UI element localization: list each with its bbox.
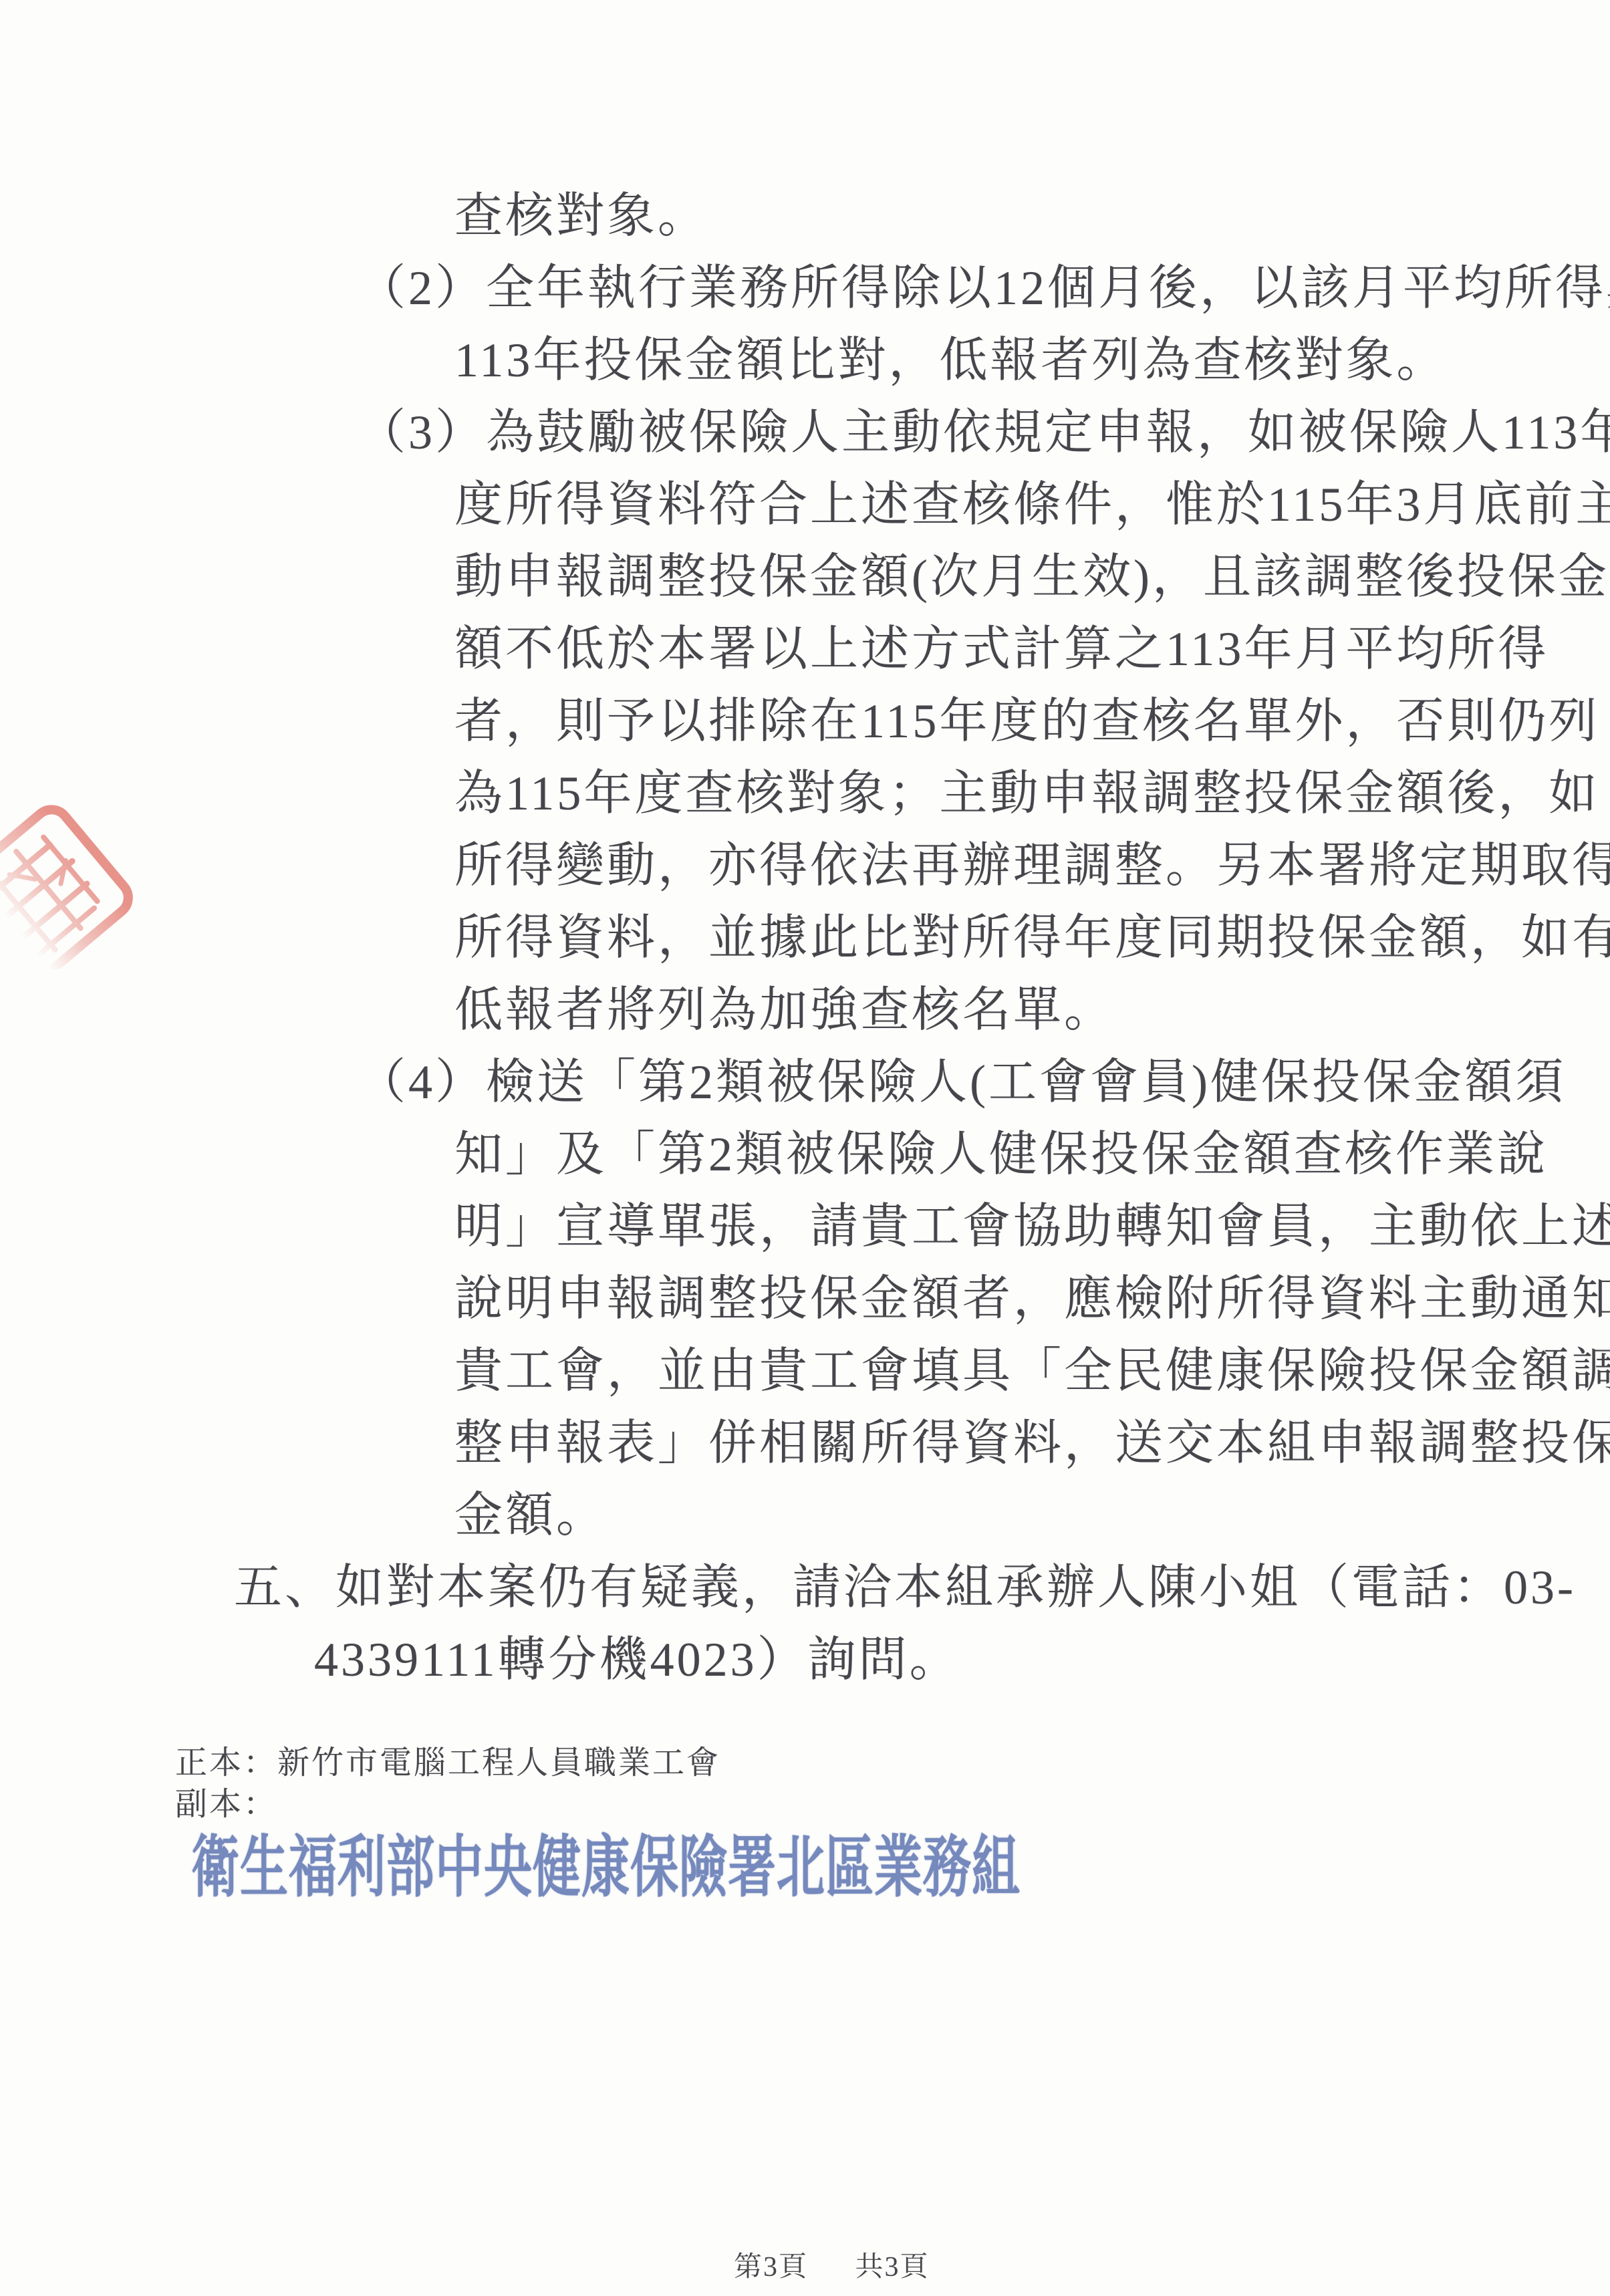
distribution-original-line: 正本：新竹市電腦工程人員職業工會 <box>175 1737 720 1783</box>
page-number: 第3頁 <box>734 2252 808 2283</box>
text-line: 貴工會，並由貴工會填具「全民健康保險投保金額調 <box>454 1347 1610 1395</box>
text-line: （2）全年執行業務所得除以12個月後，以該月平均所得與 <box>358 264 1610 312</box>
text-line: （3）為鼓勵被保險人主動依規定申報，如被保險人113年 <box>358 408 1610 457</box>
text-line: 查核對象。 <box>454 192 708 240</box>
page-footer: 第3頁 共3頁 <box>734 2245 930 2285</box>
issuing-agency-signature: 衛生福利部中央健康保險署北區業務組 <box>191 1813 1021 1910</box>
text-line: 金額。 <box>454 1491 607 1539</box>
text-line: 者，則予以排除在115年度的查核名單外，否則仍列 <box>454 697 1599 745</box>
text-line: 五、如對本案仍有疑義，請洽本組承辦人陳小姐（電話：03- <box>234 1563 1576 1612</box>
total-pages: 共3頁 <box>855 2252 930 2283</box>
text-line: 所得變動，亦得依法再辦理調整。另本署將定期取得 <box>454 842 1610 890</box>
text-line: 低報者將列為加強查核名單。 <box>454 986 1115 1034</box>
text-line: 額不低於本署以上述方式計算之113年月平均所得 <box>454 625 1549 673</box>
text-line: 明」宣導單張，請貴工會協助轉知會員，主動依上述 <box>454 1202 1610 1251</box>
text-line: 所得資料，並據此比對所得年度同期投保金額，如有 <box>454 914 1610 962</box>
text-line: 為115年度查核對象；主動申報調整投保金額後，如 <box>454 769 1599 817</box>
text-line: 整申報表」併相關所得資料，送交本組申報調整投保 <box>454 1419 1610 1467</box>
text-line: 動申報調整投保金額(次月生效)，且該調整後投保金 <box>454 553 1609 601</box>
official-seal-stamp <box>0 775 151 969</box>
text-line: （4）檢送「第2類被保險人(工會會員)健保投保金額須 <box>358 1058 1566 1106</box>
text-line: 4339111轉分機4023）詢問。 <box>314 1636 960 1684</box>
scanned-letter-page: 查核對象。（2）全年執行業務所得除以12個月後，以該月平均所得與113年投保金額… <box>0 0 1610 2296</box>
text-line: 度所得資料符合上述查核條件，惟於115年3月底前主 <box>454 481 1610 529</box>
text-line: 知」及「第2類被保險人健保投保金額查核作業說 <box>454 1130 1548 1178</box>
text-line: 113年投保金額比對，低報者列為查核對象。 <box>454 336 1447 384</box>
text-line: 說明申報調整投保金額者，應檢附所得資料主動通知 <box>454 1275 1610 1323</box>
